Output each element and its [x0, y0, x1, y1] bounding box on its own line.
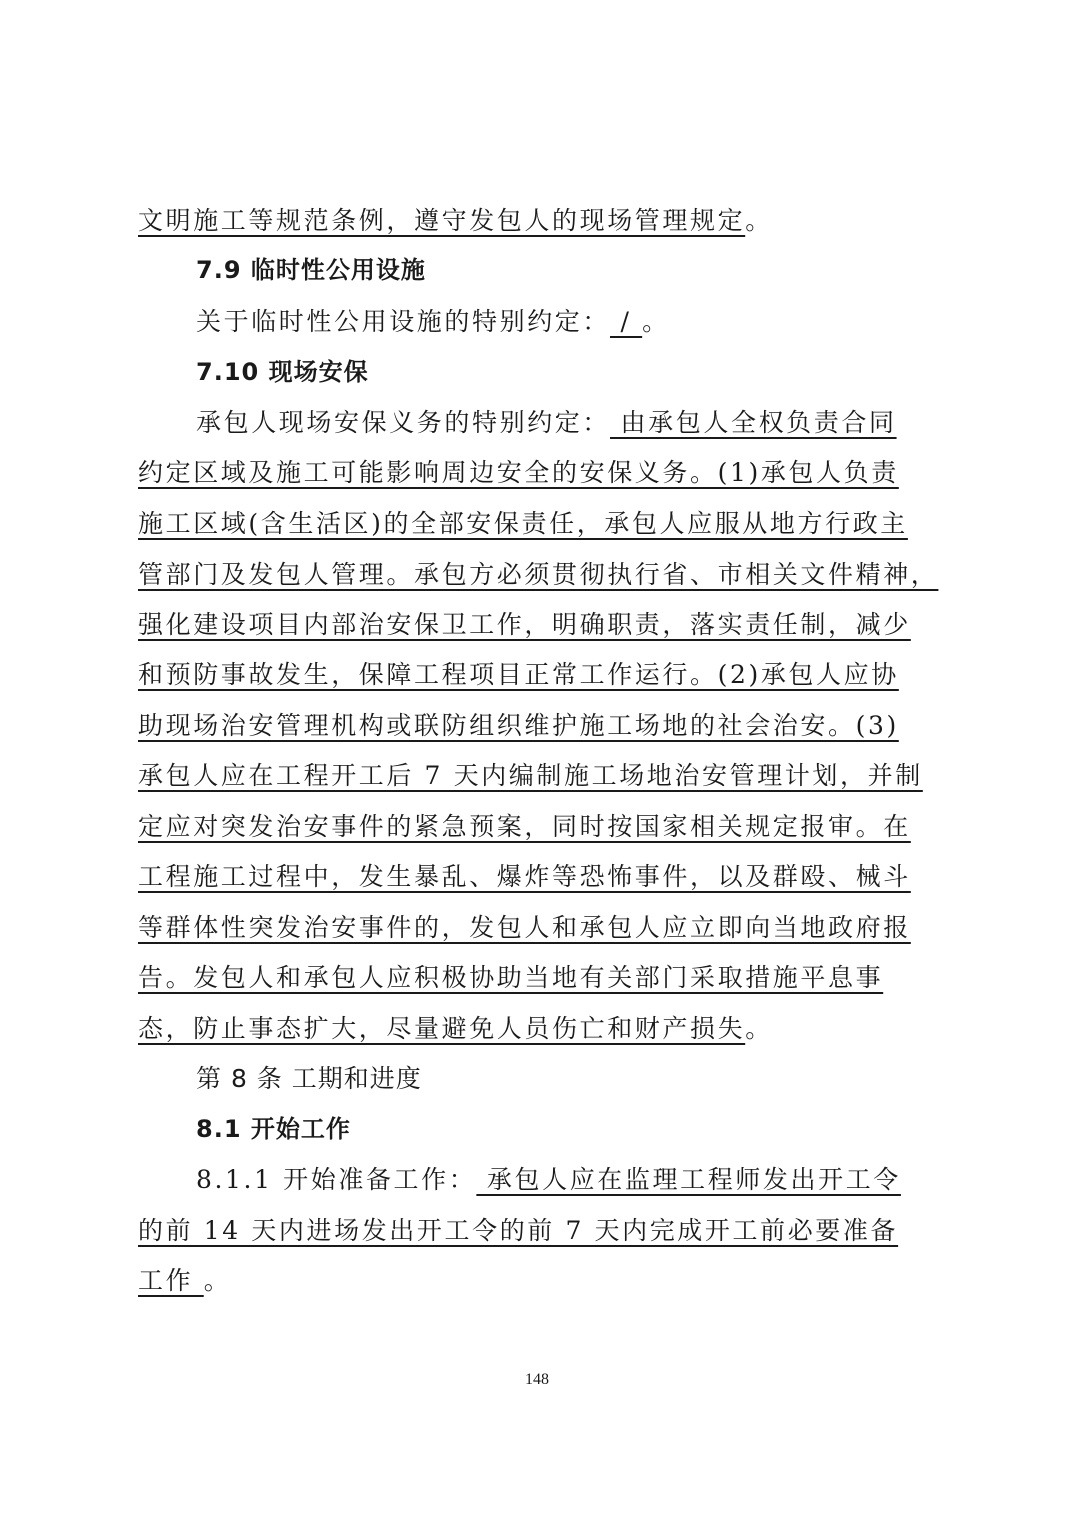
punct: 。	[642, 307, 670, 336]
paragraph-line: 工作 。	[138, 1266, 231, 1296]
section-heading-7-10: 7.10 现场安保	[196, 357, 369, 387]
paragraph-line: 约定区域及施工可能影响周边安全的安保义务。(1)承包人负责	[138, 458, 899, 488]
paragraph-line: 8.1.1 开始准备工作： 承包人应在监理工程师发出开工令	[196, 1165, 901, 1195]
paragraph-line: 的前 14 天内进场发出开工令的前 7 天内完成开工前必要准备	[138, 1216, 898, 1246]
lead-text: 承包人现场安保义务的特别约定：	[196, 408, 610, 437]
paragraph-line: 助现场治安管理机构或联防组织维护施工场地的社会治安。(3)	[138, 711, 899, 741]
underlined-text: 工作	[138, 1266, 204, 1295]
lead-text: 关于临时性公用设施的特别约定：	[196, 307, 610, 336]
underlined-text: 态，防止事态扩大，尽量避免人员伤亡和财产损失	[138, 1014, 745, 1043]
paragraph-line: 承包人现场安保义务的特别约定： 由承包人全权负责合同	[196, 408, 897, 438]
paragraph-line: 工程施工过程中，发生暴乱、爆炸等恐怖事件，以及群殴、械斗	[138, 862, 911, 892]
paragraph-line: 等群体性突发治安事件的，发包人和承包人应立即向当地政府报	[138, 913, 911, 943]
underlined-text: 承包人应在监理工程师发出开工令	[476, 1165, 901, 1194]
section-heading-7-9: 7.9 临时性公用设施	[196, 255, 426, 285]
section-heading-8-1: 8.1 开始工作	[196, 1114, 351, 1144]
paragraph-line: 文明施工等规范条例，遵守发包人的现场管理规定。	[138, 206, 773, 236]
paragraph-line: 关于临时性公用设施的特别约定： / 。	[196, 307, 670, 337]
lead-text: 8.1.1 开始准备工作：	[196, 1165, 476, 1194]
punct: 。	[204, 1266, 232, 1295]
paragraph-line: 施工区域(含生活区)的全部安保责任，承包人应服从地方行政主	[138, 509, 908, 539]
punct: 。	[745, 1014, 773, 1043]
underlined-text: /	[610, 307, 642, 336]
underlined-text: 文明施工等规范条例，遵守发包人的现场管理规定	[138, 206, 745, 235]
paragraph-line: 态，防止事态扩大，尽量避免人员伤亡和财产损失。	[138, 1014, 773, 1044]
paragraph-line: 和预防事故发生，保障工程项目正常工作运行。(2)承包人应协	[138, 660, 899, 690]
paragraph-line: 告。发包人和承包人应积极协助当地有关部门采取措施平息事	[138, 963, 883, 993]
paragraph-line: 强化建设项目内部治安保卫工作，明确职责，落实责任制，减少	[138, 610, 911, 640]
page-number: 148	[0, 1371, 1074, 1389]
punct: 。	[745, 206, 773, 236]
underlined-text: 由承包人全权负责合同	[610, 408, 897, 437]
paragraph-line: 承包人应在工程开工后 7 天内编制施工场地治安管理计划，并制	[138, 761, 923, 791]
paragraph-line: 管部门及发包人管理。承包方必须贯彻执行省、市相关文件精神，	[138, 560, 938, 590]
paragraph-line: 定应对突发治安事件的紧急预案，同时按国家相关规定报审。在	[138, 812, 911, 842]
chapter-heading-8: 第 8 条 工期和进度	[196, 1064, 422, 1094]
